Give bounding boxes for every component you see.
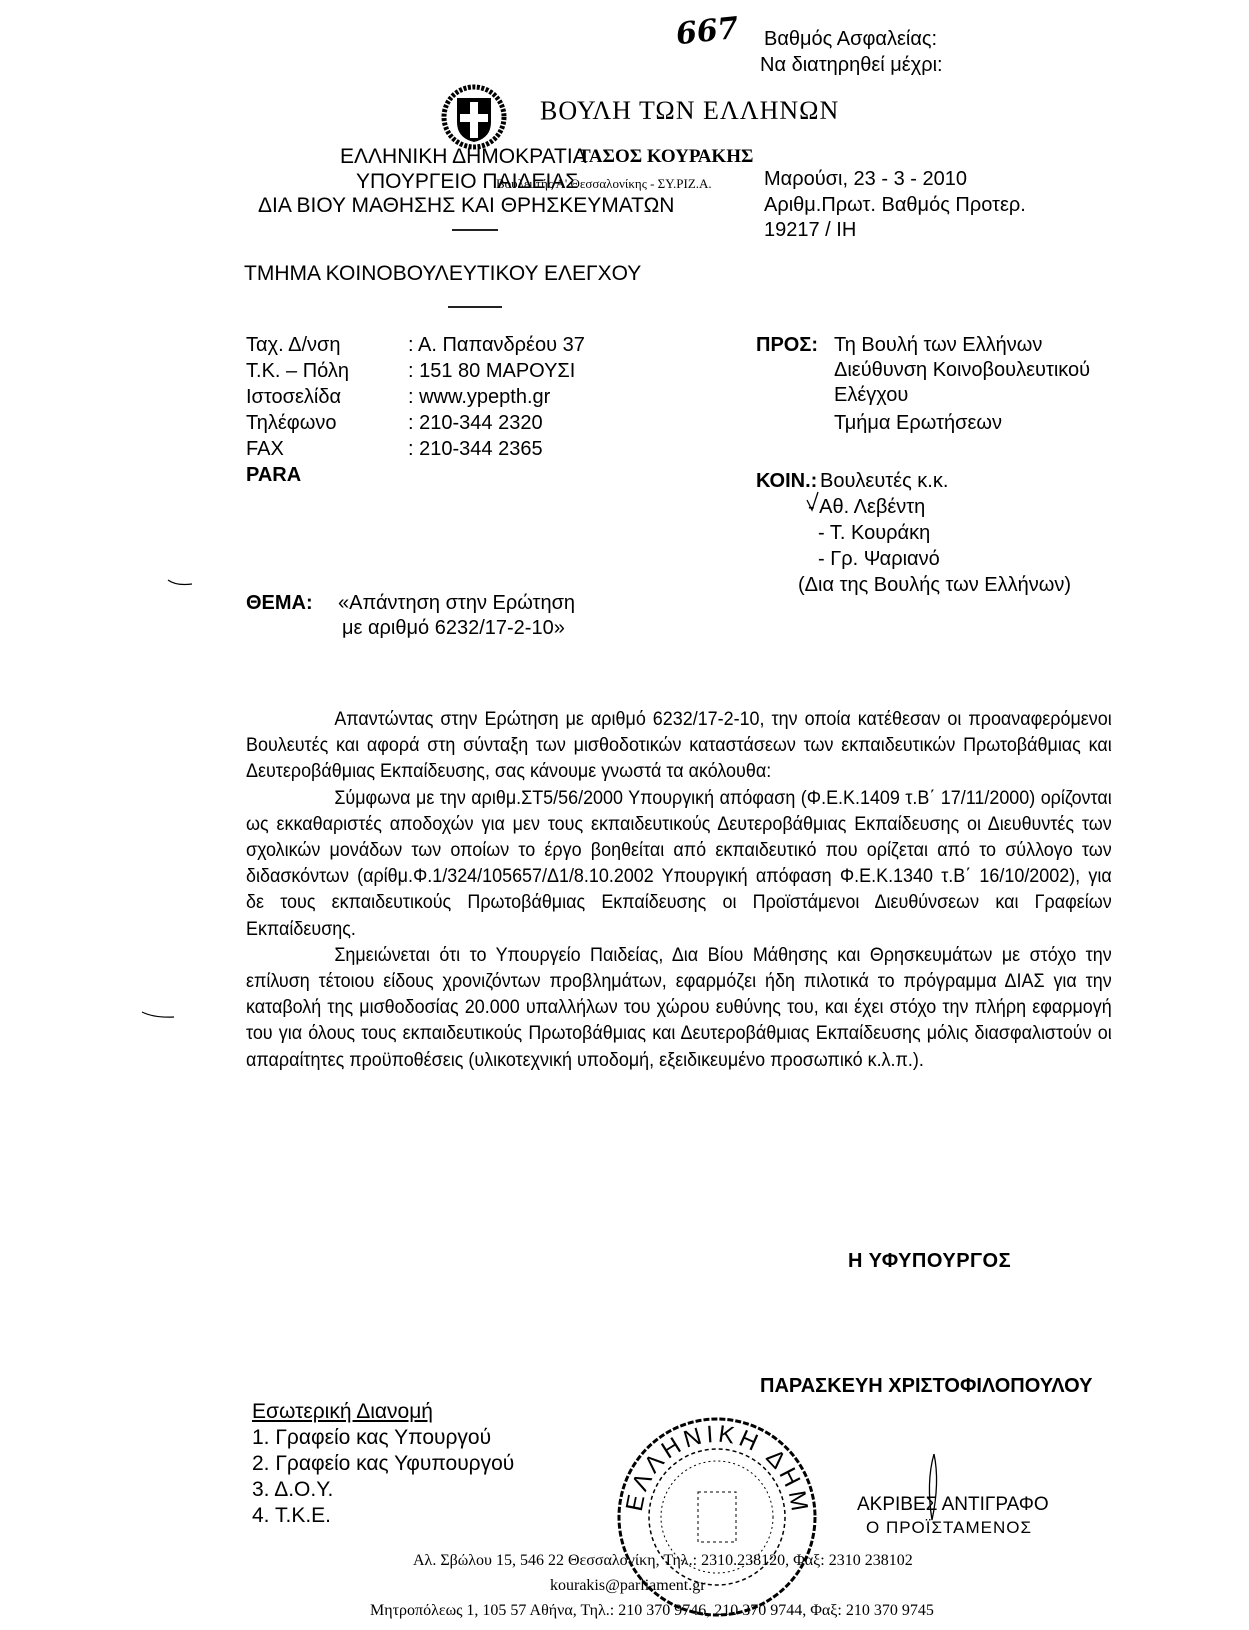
scan-artifact	[140, 1010, 180, 1020]
cc-line: - Γρ. Ψαριανό	[818, 548, 940, 571]
contact-value: : 151 80 ΜΑΡΟΥΣΙ	[408, 360, 575, 383]
contact-label: PARA	[246, 464, 301, 487]
separator-dash	[448, 306, 502, 308]
certified-copy-label: ΑΚΡΙΒΕΣ ΑΝΤΙΓΡΑΦΟ	[857, 1494, 1049, 1516]
contact-value-fax: : 210-344 2365	[408, 438, 543, 461]
republic-heading: ΕΛΛΗΝΙΚΗ ΔΗΜΟΚΡΑΤΙΑ	[340, 145, 587, 169]
to-line: Ελέγχου	[834, 384, 908, 407]
security-level-label: Βαθμός Ασφαλείας:	[764, 28, 937, 51]
signature-title: Η ΥΦΥΠΟΥΡΓΟΣ	[848, 1250, 1011, 1273]
body-paragraph: Σημειώνεται ότι το Υπουργείο Παιδείας, Δ…	[246, 942, 1112, 1073]
ministry-heading-continued: ΔΙΑ ΒΙΟΥ ΜΑΘΗΣΗΣ ΚΑΙ ΘΡΗΣΚΕΥΜΑΤΩΝ	[258, 194, 674, 218]
contact-label: FAX	[246, 438, 284, 461]
body-paragraph: Απαντώντας στην Ερώτηση με αριθμό 6232/1…	[246, 706, 1112, 785]
contact-label: Τηλέφωνο	[246, 412, 337, 435]
svg-text:ΕΛΛΗΝΙΚΗ ΔΗΜΟΚΡΑΤΙΑ: ΕΛΛΗΝΙΚΗ ΔΗΜΟΚΡΑΤΙΑ	[612, 1412, 814, 1517]
distribution-item: 4. Τ.Κ.Ε.	[252, 1504, 331, 1528]
distribution-item: 3. Δ.Ο.Υ.	[252, 1478, 333, 1502]
subject-text: «Απάντηση στην Ερώτηση	[338, 592, 575, 615]
to-line: Τη Βουλή των Ελλήνων	[834, 334, 1042, 357]
mp-name-overlay: ΤΑΣΟΣ ΚΟΥΡΑΚΗΣ	[578, 146, 753, 168]
subject-label: ΘΕΜΑ:	[246, 592, 313, 615]
mp-role-overlay: Βουλευτής Α' Θεσσαλονίκης - ΣΥ.ΡΙΖ.Α.	[496, 176, 712, 192]
cc-line: - Τ. Κουράκη	[818, 522, 930, 545]
subject-text-continued: με αριθμό 6232/17-2-10»	[342, 617, 565, 640]
distribution-title: Εσωτερική Διανομή	[252, 1400, 433, 1424]
to-line: Τμήμα Ερωτήσεων	[834, 412, 1002, 435]
separator-dash	[452, 229, 498, 231]
footer-email: kourakis@parliament.gr	[550, 1577, 706, 1595]
contact-value: : Α. Παπανδρέου 37	[408, 334, 585, 357]
place-date: Μαρούσι, 23 - 3 - 2010	[764, 168, 967, 191]
cc-line: (Δια της Βουλής των Ελλήνων)	[798, 574, 1071, 597]
parliament-header: ΒΟΥΛΗ ΤΩΝ ΕΛΛΗΝΩΝ	[540, 96, 839, 126]
to-label: ΠΡΟΣ:	[756, 334, 818, 357]
footer-thessaloniki-address: Αλ. Σβώλου 15, 546 22 Θεσσαλονίκη, Τηλ.:…	[413, 1552, 913, 1570]
body-paragraph: Σύμφωνα με την αριθμ.ΣΤ5/56/2000 Υπουργι…	[246, 785, 1112, 942]
department-heading: ΤΜΗΜΑ ΚΟΙΝΟΒΟΥΛΕΥΤΙΚΟΥ ΕΛΕΓΧΟΥ	[244, 262, 641, 286]
contact-value-phone: : 210-344 2320	[408, 412, 543, 435]
signatory-name: ΠΑΡΑΣΚΕΥΗ ΧΡΙΣΤΟΦΙΛΟΠΟΥΛΟΥ	[760, 1375, 1092, 1398]
letter-body: Απαντώντας στην Ερώτηση με αριθμό 6232/1…	[246, 706, 1112, 1073]
distribution-item: 1. Γραφείο κας Υπουργού	[252, 1426, 491, 1450]
contact-label: Τ.Κ. – Πόλη	[246, 360, 349, 383]
cc-line: - Αθ. Λεβέντη	[808, 496, 925, 519]
scan-artifact	[166, 578, 196, 588]
contact-label: Ιστοσελίδα	[246, 386, 341, 409]
handwritten-document-number: 667	[674, 11, 740, 52]
retain-until-label: Να διατηρηθεί μέχρι:	[760, 54, 943, 77]
distribution-item: 2. Γραφείο κας Υφυπουργού	[252, 1452, 514, 1476]
contact-label: Ταχ. Δ/νση	[246, 334, 340, 357]
checkmark-icon	[805, 490, 821, 514]
protocol-label: Αριθμ.Πρωτ. Βαθμός Προτερ.	[764, 194, 1026, 217]
to-line: Διεύθυνση Κοινοβουλευτικού	[834, 359, 1090, 382]
coat-of-arms-icon	[441, 84, 507, 150]
head-of-department-label: Ο ΠΡΟΪΣΤΑΜΕΝΟΣ	[866, 1518, 1032, 1538]
footer-athens-address: Μητροπόλεως 1, 105 57 Αθήνα, Τηλ.: 210 3…	[370, 1602, 934, 1620]
protocol-number: 19217 / ΙΗ	[764, 219, 856, 242]
cc-line: Βουλευτές κ.κ.	[820, 470, 948, 493]
contact-value-website: : www.ypepth.gr	[408, 386, 550, 409]
